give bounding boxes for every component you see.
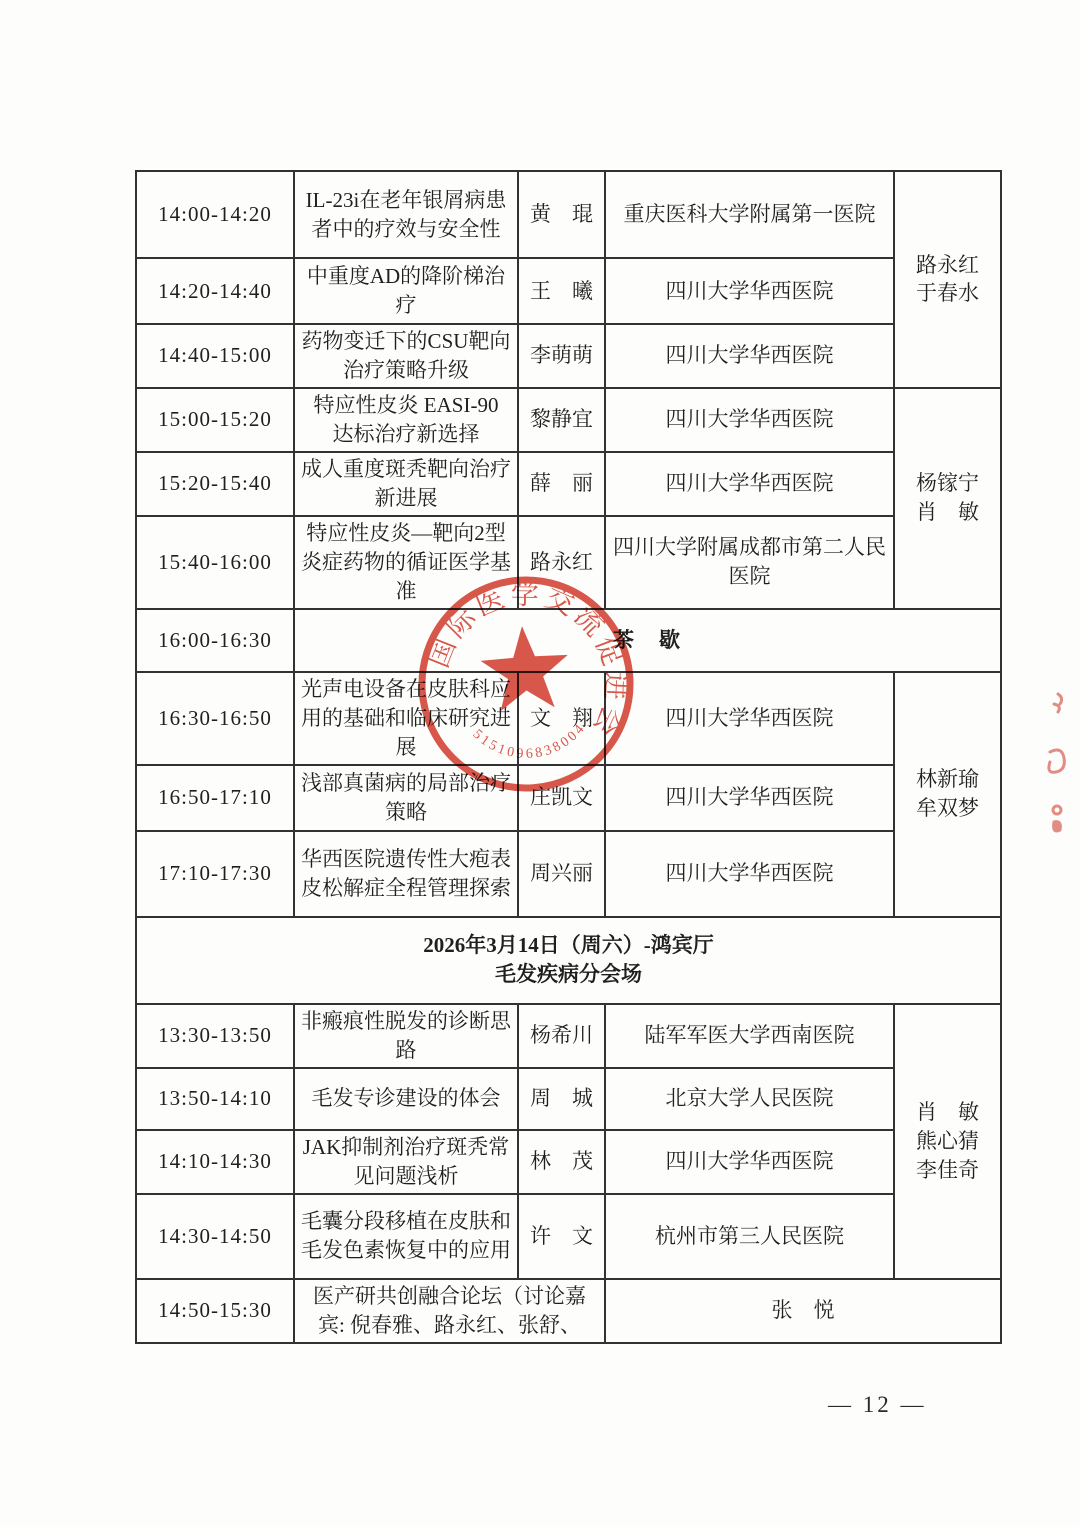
session-topic: 成人重度斑秃靶向治疗新进展	[294, 452, 518, 516]
moderators-cell: 路永红 于春水	[894, 171, 1001, 388]
session-topic: 毛发专诊建设的体会	[294, 1068, 518, 1130]
session-speaker: 周 城	[518, 1068, 605, 1130]
table-row: 13:30-13:50 非瘢痕性脱发的诊断思路 杨希川 陆军军医大学西南医院 肖…	[136, 1004, 1001, 1068]
session-time: 15:00-15:20	[136, 388, 294, 452]
session-topic: IL-23i在老年银屑病患者中的疗效与安全性	[294, 171, 518, 258]
section-header-cell: 2026年3月14日（周六）-鸿宾厅 毛发疾病分会场	[136, 917, 1001, 1004]
session-time: 15:20-15:40	[136, 452, 294, 516]
session-speaker: 林 茂	[518, 1130, 605, 1194]
session-org: 北京大学人民医院	[605, 1068, 894, 1130]
table-row: 16:00-16:30 茶 歇	[136, 609, 1001, 672]
session-org: 陆军军医大学西南医院	[605, 1004, 894, 1068]
table-row: 14:30-14:50 毛囊分段移植在皮肤和毛发色素恢复中的应用 许 文 杭州市…	[136, 1194, 1001, 1279]
session-topic: 药物变迁下的CSU靶向治疗策略升级	[294, 324, 518, 388]
session-speaker: 薛 丽	[518, 452, 605, 516]
session-speaker: 李萌萌	[518, 324, 605, 388]
session-org: 四川大学华西医院	[605, 324, 894, 388]
session-org: 四川大学附属成都市第二人民医院	[605, 516, 894, 609]
session-topic: 特应性皮炎—靶向2型炎症药物的循证医学基准	[294, 516, 518, 609]
session-speaker: 路永红	[518, 516, 605, 609]
session-speaker: 文 翔	[518, 672, 605, 765]
session-org: 四川大学华西医院	[605, 765, 894, 831]
break-label-cell: 茶 歇	[294, 609, 1001, 672]
table-row: 14:10-14:30 JAK抑制剂治疗斑秃常见问题浅析 林 茂 四川大学华西医…	[136, 1130, 1001, 1194]
table-row: 16:50-17:10 浅部真菌病的局部治疗策略 庄凯文 四川大学华西医院	[136, 765, 1001, 831]
session-time: 14:40-15:00	[136, 324, 294, 388]
moderators-cell: 杨镓宁 肖 敏	[894, 388, 1001, 609]
session-time: 17:10-17:30	[136, 831, 294, 917]
session-topic: 中重度AD的降阶梯治疗	[294, 258, 518, 324]
scanned-program-page: 14:00-14:20 IL-23i在老年银屑病患者中的疗效与安全性 黄 琨 重…	[0, 0, 1080, 1527]
session-speaker: 王 曦	[518, 258, 605, 324]
session-org: 四川大学华西医院	[605, 831, 894, 917]
moderators-cell: 林新瑜 牟双梦	[894, 672, 1001, 917]
session-time: 13:30-13:50	[136, 1004, 294, 1068]
forum-time: 14:50-15:30	[136, 1279, 294, 1343]
moderators-cell: 肖 敏 熊心猜 李佳奇	[894, 1004, 1001, 1279]
session-org: 四川大学华西医院	[605, 258, 894, 324]
forum-host-cell: 张 悦	[605, 1279, 1001, 1343]
session-time: 14:20-14:40	[136, 258, 294, 324]
session-speaker: 黎静宜	[518, 388, 605, 452]
session-topic: 毛囊分段移植在皮肤和毛发色素恢复中的应用	[294, 1194, 518, 1279]
table-row: 15:40-16:00 特应性皮炎—靶向2型炎症药物的循证医学基准 路永红 四川…	[136, 516, 1001, 609]
table-row: 16:30-16:50 光声电设备在皮肤科应用的基础和临床研究进展 文 翔 四川…	[136, 672, 1001, 765]
session-time: 14:10-14:30	[136, 1130, 294, 1194]
table-row: 15:20-15:40 成人重度斑秃靶向治疗新进展 薛 丽 四川大学华西医院	[136, 452, 1001, 516]
table-row: 14:50-15:30 医产研共创融合论坛（讨论嘉宾: 倪春雅、路永红、张舒、 …	[136, 1279, 1001, 1343]
table-row: 17:10-17:30 华西医院遗传性大疱表皮松解症全程管理探索 周兴丽 四川大…	[136, 831, 1001, 917]
session-org: 四川大学华西医院	[605, 1130, 894, 1194]
session-org: 四川大学华西医院	[605, 452, 894, 516]
table-row: 14:20-14:40 中重度AD的降阶梯治疗 王 曦 四川大学华西医院	[136, 258, 1001, 324]
session-speaker: 杨希川	[518, 1004, 605, 1068]
table-row: 15:00-15:20 特应性皮炎 EASI-90 达标治疗新选择 黎静宜 四川…	[136, 388, 1001, 452]
session-org: 四川大学华西医院	[605, 388, 894, 452]
page-number: — 12 —	[828, 1392, 927, 1418]
session-topic: 光声电设备在皮肤科应用的基础和临床研究进展	[294, 672, 518, 765]
session-topic: 特应性皮炎 EASI-90 达标治疗新选择	[294, 388, 518, 452]
session-time: 16:50-17:10	[136, 765, 294, 831]
table-row: 14:40-15:00 药物变迁下的CSU靶向治疗策略升级 李萌萌 四川大学华西…	[136, 324, 1001, 388]
session-speaker: 许 文	[518, 1194, 605, 1279]
session-time: 14:30-14:50	[136, 1194, 294, 1279]
session-org: 杭州市第三人民医院	[605, 1194, 894, 1279]
session-time: 14:00-14:20	[136, 171, 294, 258]
table-row: 14:00-14:20 IL-23i在老年银屑病患者中的疗效与安全性 黄 琨 重…	[136, 171, 1001, 258]
session-org: 重庆医科大学附属第一医院	[605, 171, 894, 258]
table-row: 13:50-14:10 毛发专诊建设的体会 周 城 北京大学人民医院	[136, 1068, 1001, 1130]
session-org: 四川大学华西医院	[605, 672, 894, 765]
conference-schedule-table: 14:00-14:20 IL-23i在老年银屑病患者中的疗效与安全性 黄 琨 重…	[135, 170, 1002, 1344]
session-time: 16:30-16:50	[136, 672, 294, 765]
session-topic: 华西医院遗传性大疱表皮松解症全程管理探索	[294, 831, 518, 917]
session-time: 15:40-16:00	[136, 516, 294, 609]
table-row: 2026年3月14日（周六）-鸿宾厅 毛发疾病分会场	[136, 917, 1001, 1004]
session-time: 13:50-14:10	[136, 1068, 294, 1130]
session-speaker: 黄 琨	[518, 171, 605, 258]
session-topic: JAK抑制剂治疗斑秃常见问题浅析	[294, 1130, 518, 1194]
session-topic: 非瘢痕性脱发的诊断思路	[294, 1004, 518, 1068]
forum-topic-cell: 医产研共创融合论坛（讨论嘉宾: 倪春雅、路永红、张舒、	[294, 1279, 605, 1343]
session-topic: 浅部真菌病的局部治疗策略	[294, 765, 518, 831]
break-time: 16:00-16:30	[136, 609, 294, 672]
session-speaker: 周兴丽	[518, 831, 605, 917]
session-speaker: 庄凯文	[518, 765, 605, 831]
red-ink-marks	[1020, 660, 1080, 860]
